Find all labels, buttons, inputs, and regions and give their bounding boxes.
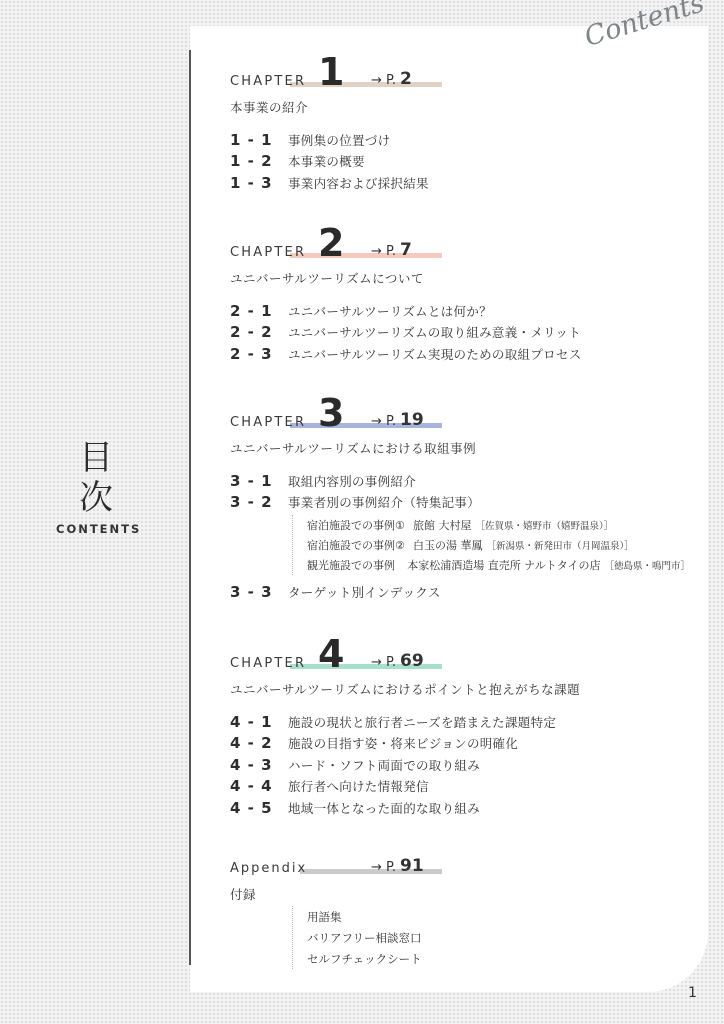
chapter-number: 2 [318,224,344,262]
page-number-ref: 19 [400,410,424,430]
case-place: 本家松浦酒造場 直売所 ナルトタイの店 [407,557,600,573]
appendix-title: 付録 [230,884,690,906]
case-category: 観光施設での事例 [307,557,407,573]
chapter-label: CHAPTER [230,656,306,671]
item-label: ユニバーサルツーリズムとは何か？ [288,302,492,320]
case-study-list: 宿泊施設での事例①旅館 大村屋［佐賀県・嬉野市（嬉野温泉）］ 宿泊施設での事例②… [292,515,690,575]
toc-item[interactable]: 2 - 3ユニバーサルツーリズム実現のための取組プロセス [230,343,690,365]
chapter-4: CHAPTER 4 → P.69 ユニバーサルツーリズムにおけるポイントと抱えが… [230,637,690,819]
chapter-page-ref: → P.7 [371,240,412,260]
appendix: Appendix → P.91 付録 用語集 バリアフリー相談窓口 セルフチェッ… [230,846,690,969]
case-location: ［佐賀県・嬉野市（嬉野温泉）］ [476,518,614,532]
chapter-items: 2 - 1ユニバーサルツーリズムとは何か？ 2 - 2ユニバーサルツーリズムの取… [230,300,690,365]
item-label: 事業者別の事例紹介（特集記事） [288,493,480,511]
item-number: 4 - 2 [230,734,288,752]
toc-item[interactable]: 2 - 1ユニバーサルツーリズムとは何か？ [230,300,690,322]
case-location: ［新潟県・新発田市（月岡温泉）］ [487,538,634,552]
item-number: 3 - 2 [230,493,288,511]
appendix-page-ref: → P.91 [371,856,424,876]
item-number: 1 - 3 [230,174,288,192]
arrow-icon: → P. [371,244,396,259]
page-number-ref: 91 [400,856,424,876]
item-number: 3 - 1 [230,472,288,490]
item-number: 2 - 2 [230,323,288,341]
toc-item[interactable]: 4 - 1施設の現状と旅行者ニーズを踏まえた課題特定 [230,711,690,733]
page-number-ref: 2 [400,69,412,89]
chapter-items: 4 - 1施設の現状と旅行者ニーズを踏まえた課題特定 4 - 2施設の目指す姿・… [230,711,690,819]
side-title: 目次 CONTENTS [56,438,136,536]
toc-item[interactable]: 2 - 2ユニバーサルツーリズムの取り組み意義・メリット [230,322,690,344]
chapter-page-ref: → P.19 [371,410,424,430]
item-label: ターゲット別インデックス [288,583,441,601]
item-number: 4 - 4 [230,777,288,795]
toc-item[interactable]: 3 - 2事業者別の事例紹介（特集記事） [230,492,690,514]
chapter-2-heading[interactable]: CHAPTER 2 → P.7 [230,226,442,264]
chapter-label: CHAPTER [230,415,306,430]
appendix-list: 用語集 バリアフリー相談窓口 セルフチェックシート [292,906,690,969]
case-category: 宿泊施設での事例① [307,517,413,533]
chapter-items: 3 - 1取組内容別の事例紹介 3 - 2事業者別の事例紹介（特集記事） 宿泊施… [230,470,690,603]
appendix-label: Appendix [230,861,307,876]
case-category: 宿泊施設での事例② [307,537,413,553]
arrow-icon: → P. [371,860,396,875]
item-number: 4 - 5 [230,799,288,817]
item-number: 3 - 3 [230,583,288,601]
vertical-divider [189,50,191,965]
item-label: ユニバーサルツーリズム実現のための取組プロセス [288,345,582,363]
toc-item[interactable]: 1 - 3事業内容および採択結果 [230,172,690,194]
chapter-label: CHAPTER [230,74,306,89]
side-title-kanji: 目次 [56,438,136,518]
toc-item[interactable]: 3 - 1取組内容別の事例紹介 [230,470,690,492]
chapter-title: 本事業の紹介 [230,97,690,119]
toc-item[interactable]: 4 - 4旅行者へ向けた情報発信 [230,776,690,798]
toc-item[interactable]: 4 - 3ハード・ソフト両面での取り組み [230,754,690,776]
chapter-3: CHAPTER 3 → P.19 ユニバーサルツーリズムにおける取組事例 3 -… [230,396,690,603]
chapter-2: CHAPTER 2 → P.7 ユニバーサルツーリズムについて 2 - 1ユニバ… [230,226,690,365]
item-number: 2 - 3 [230,345,288,363]
chapter-1-heading[interactable]: CHAPTER 1 → P.2 [230,55,442,93]
chapter-1: CHAPTER 1 → P.2 本事業の紹介 1 - 1事例集の位置づけ 1 -… [230,55,690,194]
chapter-label: CHAPTER [230,245,306,260]
appendix-heading[interactable]: Appendix → P.91 [230,846,442,880]
item-label: 施設の目指す姿・将来ビジョンの明確化 [288,734,518,752]
item-label: 旅行者へ向けた情報発信 [288,777,429,795]
page-number-ref: 69 [400,651,424,671]
chapter-title: ユニバーサルツーリズムにおける取組事例 [230,438,690,460]
arrow-icon: → P. [371,414,396,429]
item-number: 4 - 3 [230,756,288,774]
chapter-number: 1 [318,53,344,91]
item-label: 事業内容および採択結果 [288,174,429,192]
page-number: 1 [688,985,697,1001]
item-label: 本事業の概要 [288,152,365,170]
item-label: 施設の現状と旅行者ニーズを踏まえた課題特定 [288,713,556,731]
appendix-item[interactable]: バリアフリー相談窓口 [307,927,690,948]
item-number: 1 - 1 [230,131,288,149]
case-location: ［徳島県・鳴門市］ [604,558,690,572]
case-place: 旅館 大村屋 [413,517,472,533]
case-study-item[interactable]: 宿泊施設での事例②白玉の湯 華鳳［新潟県・新発田市（月岡温泉）］ [307,535,690,555]
arrow-icon: → P. [371,655,396,670]
item-number: 1 - 2 [230,152,288,170]
chapter-3-heading[interactable]: CHAPTER 3 → P.19 [230,396,442,434]
chapter-items: 1 - 1事例集の位置づけ 1 - 2本事業の概要 1 - 3事業内容および採択… [230,129,690,194]
toc-item[interactable]: 3 - 3ターゲット別インデックス [230,581,690,603]
chapter-number: 4 [318,635,344,673]
case-study-item[interactable]: 宿泊施設での事例①旅館 大村屋［佐賀県・嬉野市（嬉野温泉）］ [307,515,690,535]
item-label: 取組内容別の事例紹介 [288,472,416,490]
chapter-title: ユニバーサルツーリズムにおけるポイントと抱えがちな課題 [230,679,690,701]
item-label: ハード・ソフト両面での取り組み [288,756,480,774]
chapter-1-bar [290,82,442,87]
case-place: 白玉の湯 華鳳 [413,537,483,553]
appendix-item[interactable]: 用語集 [307,906,690,927]
toc-item[interactable]: 4 - 2施設の目指す姿・将来ビジョンの明確化 [230,733,690,755]
chapter-4-heading[interactable]: CHAPTER 4 → P.69 [230,637,442,675]
arrow-icon: → P. [371,73,396,88]
side-title-english: CONTENTS [56,522,136,536]
appendix-item[interactable]: セルフチェックシート [307,948,690,969]
chapter-2-bar [290,253,442,258]
item-label: 地域一体となった面的な取り組み [288,799,480,817]
chapter-page-ref: → P.2 [371,69,412,89]
item-number: 4 - 1 [230,713,288,731]
toc-item[interactable]: 4 - 5地域一体となった面的な取り組み [230,797,690,819]
item-number: 2 - 1 [230,302,288,320]
case-study-item[interactable]: 観光施設での事例本家松浦酒造場 直売所 ナルトタイの店［徳島県・鳴門市］ [307,555,690,575]
item-label: 事例集の位置づけ [288,131,390,149]
chapter-number: 3 [318,394,344,432]
page-number-ref: 7 [400,240,412,260]
toc-item[interactable]: 1 - 2本事業の概要 [230,151,690,173]
chapter-title: ユニバーサルツーリズムについて [230,268,690,290]
item-label: ユニバーサルツーリズムの取り組み意義・メリット [288,323,581,341]
toc-item[interactable]: 1 - 1事例集の位置づけ [230,129,690,151]
chapter-page-ref: → P.69 [371,651,424,671]
